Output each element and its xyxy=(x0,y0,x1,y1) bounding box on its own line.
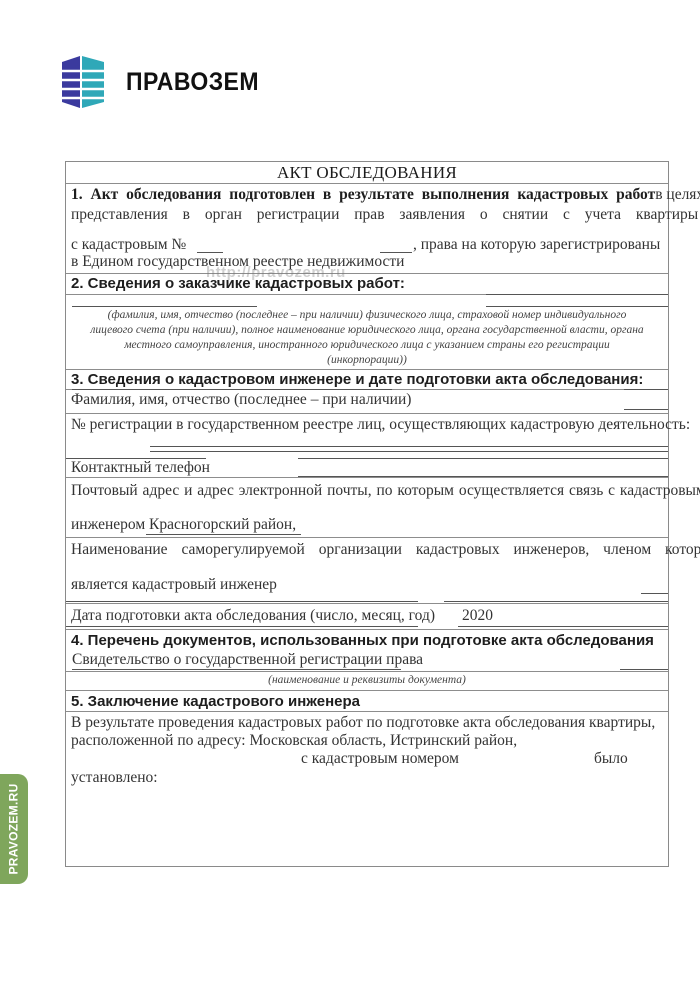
section-1: 1. Акт обследования подготовлен в резуль… xyxy=(66,184,668,274)
sro-bottom-line-right xyxy=(444,601,668,602)
section-5-heading: 5. Заключение кадастрового инженера xyxy=(71,693,360,710)
conclusion-line-4: установлено: xyxy=(71,769,158,787)
building-stripes-icon xyxy=(62,56,104,108)
section-1-lead-rest: в целях xyxy=(655,186,700,204)
engineer-name-top-line xyxy=(72,389,392,390)
engineer-sro-row: Наименование саморегулируемой организаци… xyxy=(66,538,668,604)
customer-hint-3: местного самоуправления, иностранного юр… xyxy=(66,339,668,351)
conclusion-line-2: расположенной по адресу: Московская обла… xyxy=(71,732,517,750)
engineer-name-row: Фамилия, имя, отчество (последнее – при … xyxy=(66,390,668,414)
site-badge: PRAVOZEM.RU xyxy=(0,774,28,884)
document-hint: (наименование и реквизиты документа) xyxy=(66,674,668,686)
customer-blank-left[interactable] xyxy=(72,306,257,307)
engineer-sro-label-2: является кадастровый инженер xyxy=(71,576,277,594)
document-name-value[interactable]: Свидетельство о государственной регистра… xyxy=(72,651,423,669)
inspection-act-form: АКТ ОБСЛЕДОВАНИЯ 1. Акт обследования под… xyxy=(65,161,669,867)
document-name-blank[interactable] xyxy=(620,669,668,670)
engineer-name-label: Фамилия, имя, отчество (последнее – при … xyxy=(71,391,411,409)
engineer-address-underline xyxy=(146,534,301,535)
engineer-registry-blank[interactable] xyxy=(150,446,668,447)
engineer-phone-row: Контактный телефон xyxy=(66,456,668,478)
engineer-sro-blank[interactable] xyxy=(641,593,668,594)
section-1-rights-text: , права на которую зарегистрированы xyxy=(413,236,660,254)
site-badge-text: PRAVOZEM.RU xyxy=(7,783,21,874)
section-5-body: В результате проведения кадастровых рабо… xyxy=(66,712,668,865)
section-1-line2: представления в орган регистрации прав з… xyxy=(71,206,663,224)
engineer-phone-blank[interactable] xyxy=(298,476,668,477)
engineer-phone-label: Контактный телефон xyxy=(71,459,210,477)
document-title: АКТ ОБСЛЕДОВАНИЯ xyxy=(66,163,668,183)
section-2-body: (фамилия, имя, отчество (последнее – при… xyxy=(66,295,668,370)
engineer-name-blank[interactable] xyxy=(624,409,668,410)
phone-top-line-right xyxy=(298,458,668,459)
customer-hint-2: лицевого счета (при наличии), полное наи… xyxy=(66,324,668,336)
act-date-blank[interactable] xyxy=(458,626,668,627)
section-1-lead: 1. Акт обследования подготовлен в резуль… xyxy=(71,186,663,204)
section-5-heading-row: 5. Заключение кадастрового инженера xyxy=(66,691,668,712)
section-1-heading: 1. Акт обследования подготовлен в резуль… xyxy=(71,186,655,204)
form-title-row: АКТ ОБСЛЕДОВАНИЯ xyxy=(66,162,668,184)
section-4-hint-row: (наименование и реквизиты документа) xyxy=(66,672,668,691)
act-date-value[interactable]: 2020 xyxy=(462,607,493,625)
section-1-cadastral-label: с кадастровым № xyxy=(71,236,186,254)
section-3-heading-row: 3. Сведения о кадастровом инженере и дат… xyxy=(66,370,668,390)
section-4: 4. Перечень документов, использованных п… xyxy=(66,630,668,672)
section-3-heading: 3. Сведения о кадастровом инженере и дат… xyxy=(71,371,643,388)
engineer-address-label-2: инженером xyxy=(71,516,145,534)
section-2-heading: 2. Сведения о заказчике кадастровых рабо… xyxy=(71,275,405,292)
conclusion-line-3-end: было xyxy=(594,750,628,768)
engineer-registry-row: № регистрации в государственном реестре … xyxy=(66,414,668,456)
section-4-heading: 4. Перечень документов, использованных п… xyxy=(71,632,654,649)
engineer-registry-blank-2 xyxy=(150,451,668,452)
act-date-label-line xyxy=(66,626,418,627)
engineer-address-value[interactable]: Красногорский район, xyxy=(149,516,296,534)
sro-bottom-line xyxy=(66,601,418,602)
customer-hint-4: (инкорпорации)) xyxy=(66,354,668,366)
act-date-row: Дата подготовки акта обследования (число… xyxy=(66,604,668,630)
engineer-sro-label-1: Наименование саморегулируемой организаци… xyxy=(71,541,663,559)
act-date-label: Дата подготовки акта обследования (число… xyxy=(71,607,435,625)
conclusion-line-1: В результате проведения кадастровых рабо… xyxy=(71,714,655,732)
section-2-heading-row: 2. Сведения о заказчике кадастровых рабо… xyxy=(66,274,668,295)
engineer-registry-label: № регистрации в государственном реестре … xyxy=(71,416,690,434)
brand-name: ПРАВОЗЕМ xyxy=(126,68,259,97)
engineer-address-row: Почтовый адрес и адрес электронной почты… xyxy=(66,478,668,538)
document-name-underline xyxy=(72,669,401,670)
brand-logo: ПРАВОЗЕМ xyxy=(62,56,271,108)
engineer-address-label-1: Почтовый адрес и адрес электронной почты… xyxy=(71,482,663,500)
customer-hint-1: (фамилия, имя, отчество (последнее – при… xyxy=(66,309,668,321)
conclusion-line-3-mid: с кадастровым номером xyxy=(301,750,459,768)
customer-blank-right[interactable] xyxy=(486,306,668,307)
